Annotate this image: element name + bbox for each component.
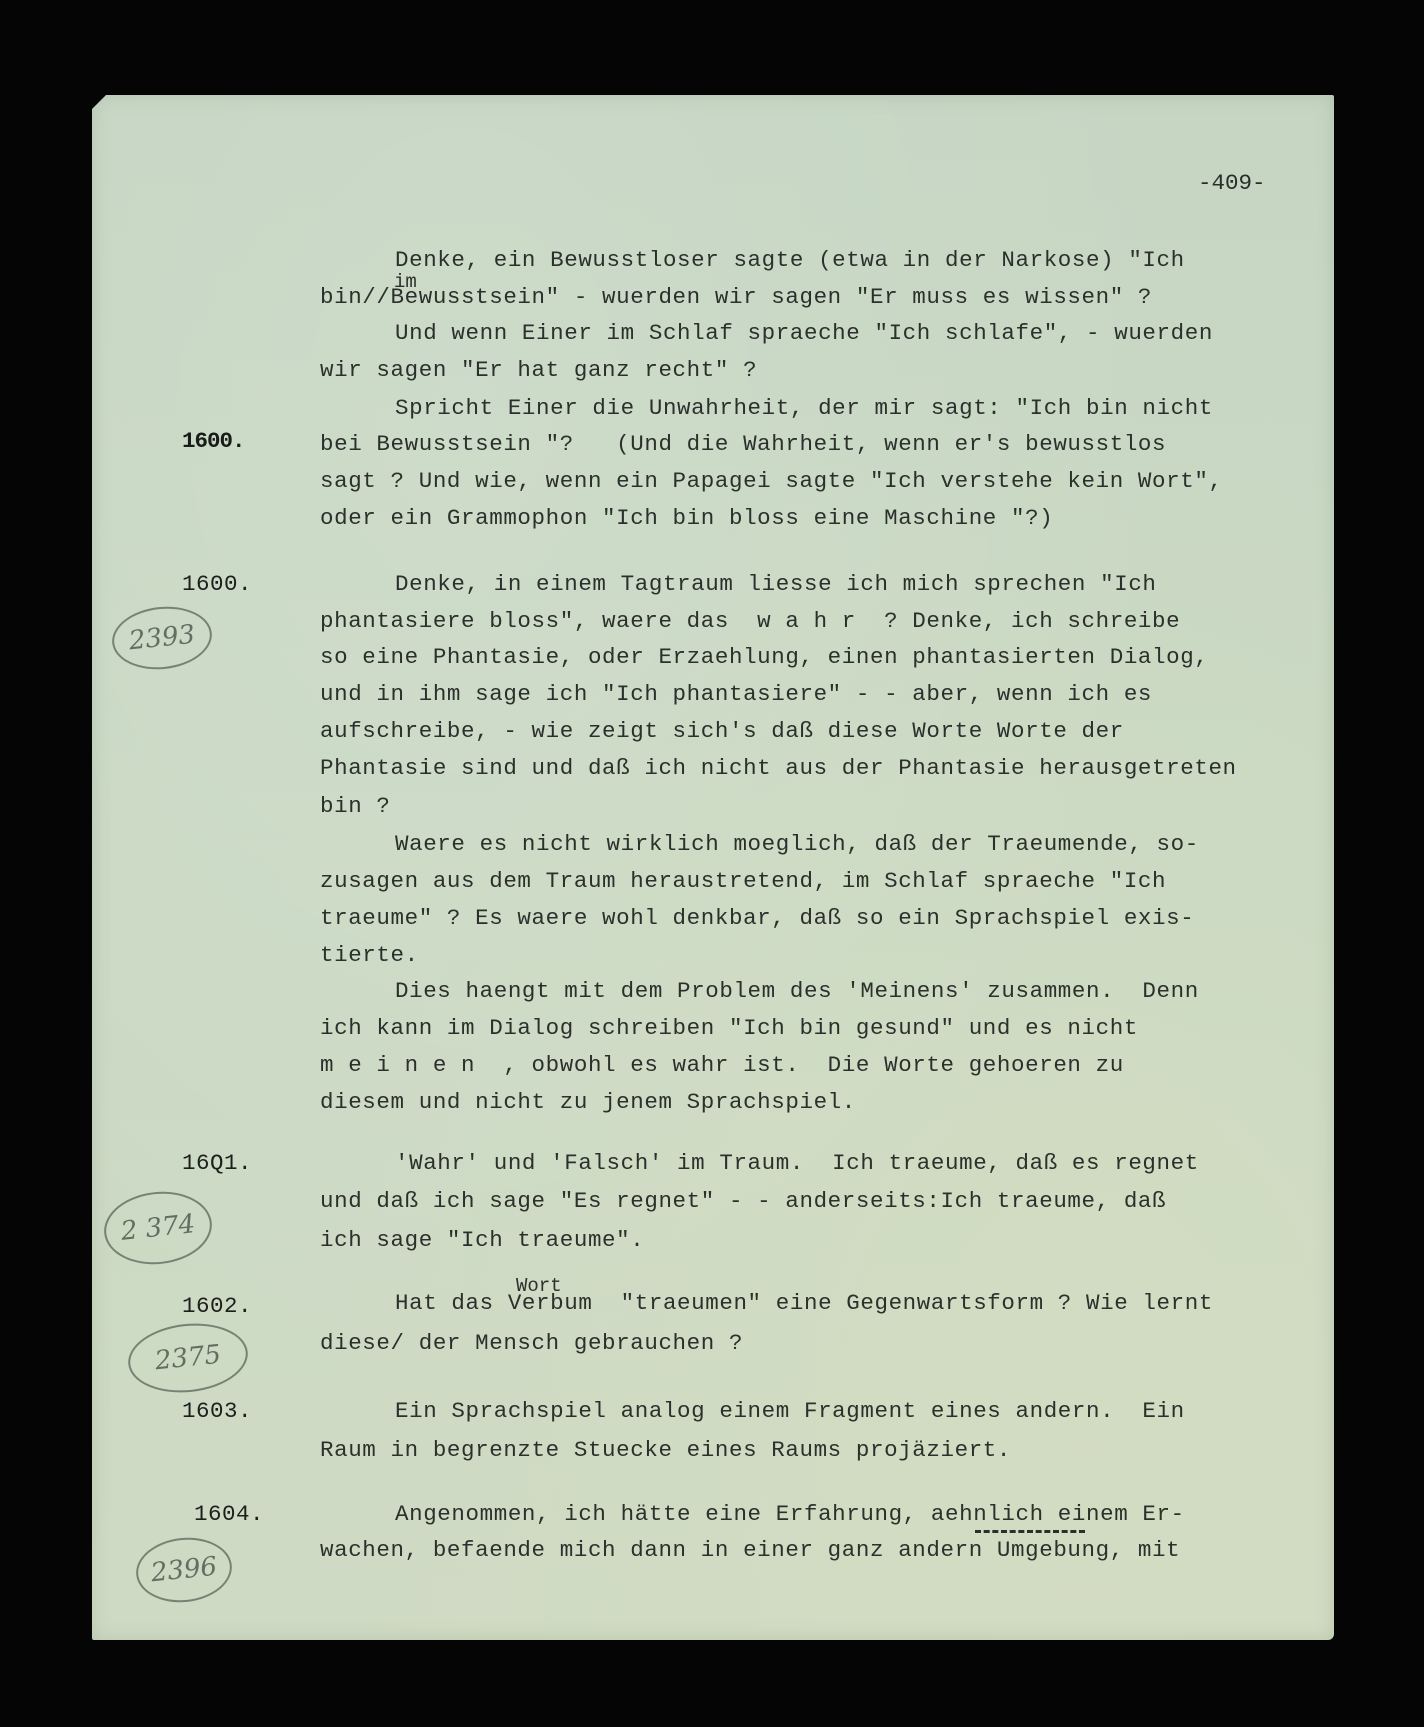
text-line: traeume" ? Es waere wohl denkbar, daß so… — [320, 907, 1194, 930]
text-line: ich kann im Dialog schreiben "Ich bin ge… — [320, 1017, 1138, 1040]
page-number: -409- — [1198, 170, 1266, 196]
pencil-annotation: 2396 — [150, 1552, 219, 1589]
text-line: bei Bewusstsein "? (Und die Wahrheit, we… — [320, 433, 1166, 456]
text-line: Phantasie sind und daß ich nicht aus der… — [320, 757, 1237, 780]
text-line: oder ein Grammophon "Ich bin bloss eine … — [320, 507, 1053, 530]
text-line: Spricht Einer die Unwahrheit, der mir sa… — [395, 397, 1213, 420]
text-line: Denke, ein Bewusstloser sagte (etwa in d… — [395, 249, 1185, 272]
section-number: 1604. — [194, 1501, 264, 1527]
pencil-annotation: 2393 — [128, 620, 197, 657]
text-line: bin ? — [320, 795, 391, 818]
text-line: wachen, befaende mich dann in einer ganz… — [320, 1539, 1180, 1562]
text-line: tierte. — [320, 944, 419, 967]
dashed-underline — [975, 1530, 1085, 1536]
text-line: aufschreibe, - wie zeigt sich's daß dies… — [320, 720, 1124, 743]
text-line: Angenommen, ich hätte eine Erfahrung, ae… — [395, 1503, 1185, 1526]
text-line: zusagen aus dem Traum heraustretend, im … — [320, 870, 1166, 893]
text-line: sagt ? Und wie, wenn ein Papagei sagte "… — [320, 470, 1223, 493]
text-line: Raum in begrenzte Stuecke eines Raums pr… — [320, 1439, 1011, 1462]
text-line: und daß ich sage "Es regnet" - - anderse… — [320, 1190, 1166, 1213]
text-line: Hat das Verbum "traeumen" eine Gegenwart… — [395, 1292, 1213, 1315]
text-line: so eine Phantasie, oder Erzaehlung, eine… — [320, 646, 1208, 669]
text-line: bin//Bewusstsein" - wuerden wir sagen "E… — [320, 286, 1152, 309]
text-line: diese/ der Mensch gebrauchen ? — [320, 1332, 743, 1355]
page-corner-fold — [92, 95, 106, 109]
struck-section-number: 1600. — [182, 428, 245, 454]
text-line: ich sage "Ich traeume". — [320, 1229, 644, 1252]
text-line: Und wenn Einer im Schlaf spraeche "Ich s… — [395, 322, 1213, 345]
text-line: wir sagen "Er hat ganz recht" ? — [320, 359, 757, 382]
section-number: 16Q1. — [182, 1150, 252, 1176]
text-line: phantasiere bloss", waere das w a h r ? … — [320, 610, 1180, 633]
pencil-annotation: 2375 — [154, 1340, 223, 1377]
section-number: 1603. — [182, 1398, 252, 1424]
text-line: Ein Sprachspiel analog einem Fragment ei… — [395, 1400, 1185, 1423]
text-line: und in ihm sage ich "Ich phantasiere" - … — [320, 683, 1152, 706]
text-line: diesem und nicht zu jenem Sprachspiel. — [320, 1091, 856, 1114]
pencil-annotation: 2 374 — [119, 1209, 196, 1247]
text-line: Dies haengt mit dem Problem des 'Meinens… — [395, 980, 1199, 1003]
text-line: Waere es nicht wirklich moeglich, daß de… — [395, 833, 1199, 856]
section-number: 1602. — [182, 1293, 252, 1319]
text-line: Denke, in einem Tagtraum liesse ich mich… — [395, 573, 1157, 596]
text-line: m e i n e n , obwohl es wahr ist. Die Wo… — [320, 1054, 1124, 1077]
section-number: 1600. — [182, 571, 252, 597]
text-line: 'Wahr' und 'Falsch' im Traum. Ich traeum… — [395, 1152, 1199, 1175]
